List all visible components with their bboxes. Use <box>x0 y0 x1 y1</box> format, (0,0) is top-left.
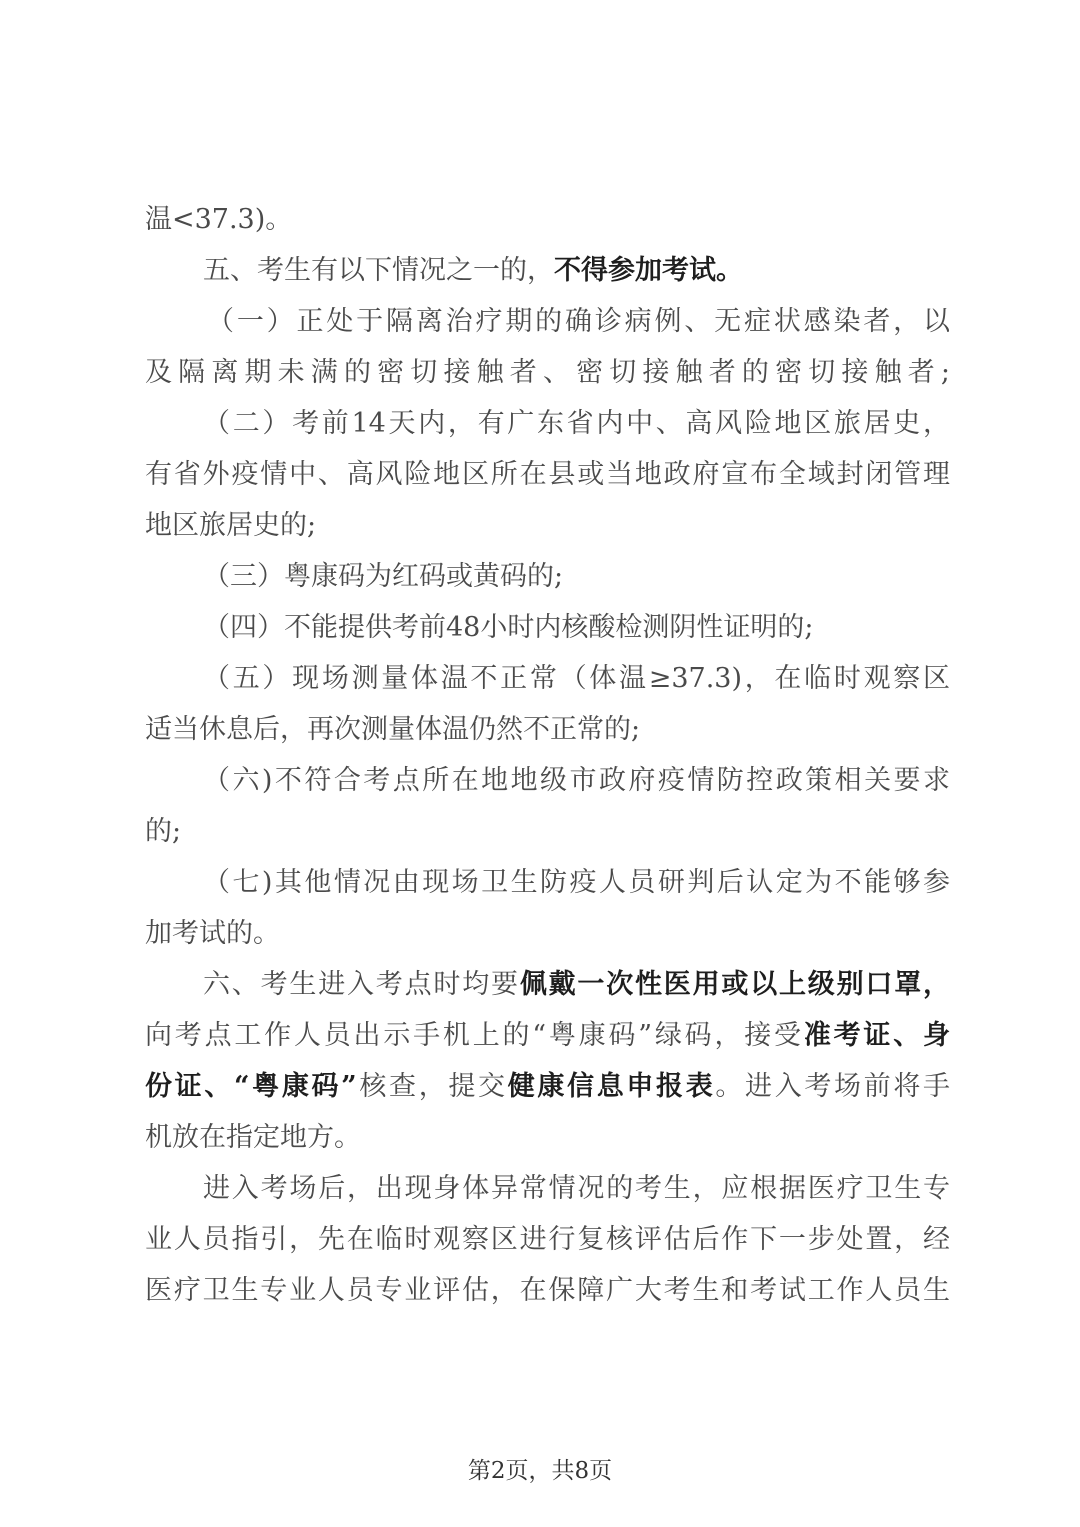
text-line: 有省外疫情中、高风险地区所在县或当地政府宣布全域封闭管理 <box>145 449 950 500</box>
text-line: （二）考前14天内，有广东省内中、高风险地区旅居史， <box>145 398 950 449</box>
text-segment: （五）现场测量体温不正常（体温≥37.3)，在临时观察区 <box>203 663 950 694</box>
page-indicator: 第2页，共8页 <box>0 1452 1080 1485</box>
text-line: 适当休息后，再次测量体温仍然不正常的; <box>145 704 950 755</box>
bold-emphasis: 不得参加考试。 <box>554 255 743 286</box>
text-line: （六)不符合考点所在地地级市政府疫情防控政策相关要求 <box>145 755 950 806</box>
text-segment: 业人员指引，先在临时观察区进行复核评估后作下一步处置，经 <box>145 1224 950 1255</box>
text-line: 及隔离期未满的密切接触者、密切接触者的密切接触者; <box>145 347 950 398</box>
text-line: （七)其他情况由现场卫生防疫人员研判后认定为不能够参 <box>145 857 950 908</box>
text-line: （一）正处于隔离治疗期的确诊病例、无症状感染者，以 <box>145 296 950 347</box>
bold-emphasis: 佩戴一次性医用或以上级别口罩， <box>520 969 950 1000</box>
bold-emphasis: 份证、“粤康码” <box>145 1071 357 1102</box>
text-segment: 医疗卫生专业人员专业评估，在保障广大考生和考试工作人员生 <box>145 1275 950 1306</box>
bold-emphasis: 准考证、身 <box>804 1020 950 1051</box>
text-line: 的; <box>145 806 950 857</box>
text-segment: 有省外疫情中、高风险地区所在县或当地政府宣布全域封闭管理 <box>145 459 950 490</box>
text-line: 加考试的。 <box>145 908 950 959</box>
text-segment: （一）正处于隔离治疗期的确诊病例、无症状感染者，以 <box>207 306 950 337</box>
text-segment: 。进入考场前将手 <box>715 1071 950 1102</box>
text-line: 温<37.3)。 <box>145 194 950 245</box>
text-line: 向考点工作人员出示手机上的“粤康码”绿码，接受准考证、身 <box>145 1010 950 1061</box>
text-line: 业人员指引，先在临时观察区进行复核评估后作下一步处置，经 <box>145 1214 950 1265</box>
text-line: （三）粤康码为红码或黄码的; <box>145 551 950 602</box>
text-line: 医疗卫生专业人员专业评估，在保障广大考生和考试工作人员生 <box>145 1265 950 1316</box>
text-line: 进入考场后，出现身体异常情况的考生，应根据医疗卫生专 <box>145 1163 950 1214</box>
text-segment: 核查，提交 <box>357 1071 508 1102</box>
text-segment: 六、考生进入考点时均要 <box>203 969 520 1000</box>
text-line: 份证、“粤康码”核查，提交健康信息申报表。进入考场前将手 <box>145 1061 950 1112</box>
text-line: （五）现场测量体温不正常（体温≥37.3)，在临时观察区 <box>145 653 950 704</box>
text-segment: 进入考场后，出现身体异常情况的考生，应根据医疗卫生专 <box>203 1173 950 1204</box>
text-segment: （二）考前14天内，有广东省内中、高风险地区旅居史， <box>203 408 950 439</box>
text-segment: 五、考生有以下情况之一的， <box>203 255 554 286</box>
text-segment: （三）粤康码为红码或黄码的; <box>203 561 563 592</box>
section-heading-five: 五、考生有以下情况之一的，不得参加考试。 <box>145 245 950 296</box>
bold-emphasis: 健康信息申报表 <box>508 1071 716 1102</box>
text-line: （四）不能提供考前48小时内核酸检测阴性证明的; <box>145 602 950 653</box>
text-segment: 的; <box>145 816 181 847</box>
text-segment: （六)不符合考点所在地地级市政府疫情防控政策相关要求 <box>203 765 950 796</box>
section-heading-six: 六、考生进入考点时均要佩戴一次性医用或以上级别口罩， <box>145 959 950 1010</box>
text-segment: 机放在指定地方。 <box>145 1122 361 1153</box>
text-line: 地区旅居史的; <box>145 500 950 551</box>
text-line: 机放在指定地方。 <box>145 1112 950 1163</box>
text-segment: 加考试的。 <box>145 918 280 949</box>
text-segment: 温<37.3)。 <box>145 204 292 235</box>
text-segment: （七)其他情况由现场卫生防疫人员研判后认定为不能够参 <box>203 867 950 898</box>
text-segment: 适当休息后，再次测量体温仍然不正常的; <box>145 714 640 745</box>
text-segment: 及隔离期未满的密切接触者、密切接触者的密切接触者; <box>145 357 950 388</box>
text-segment: （四）不能提供考前48小时内核酸检测阴性证明的; <box>203 612 813 643</box>
document-page: 温<37.3)。 五、考生有以下情况之一的，不得参加考试。 （一）正处于隔离治疗… <box>145 194 950 1316</box>
text-segment: 向考点工作人员出示手机上的“粤康码”绿码，接受 <box>145 1020 804 1051</box>
text-segment: 地区旅居史的; <box>145 510 316 541</box>
